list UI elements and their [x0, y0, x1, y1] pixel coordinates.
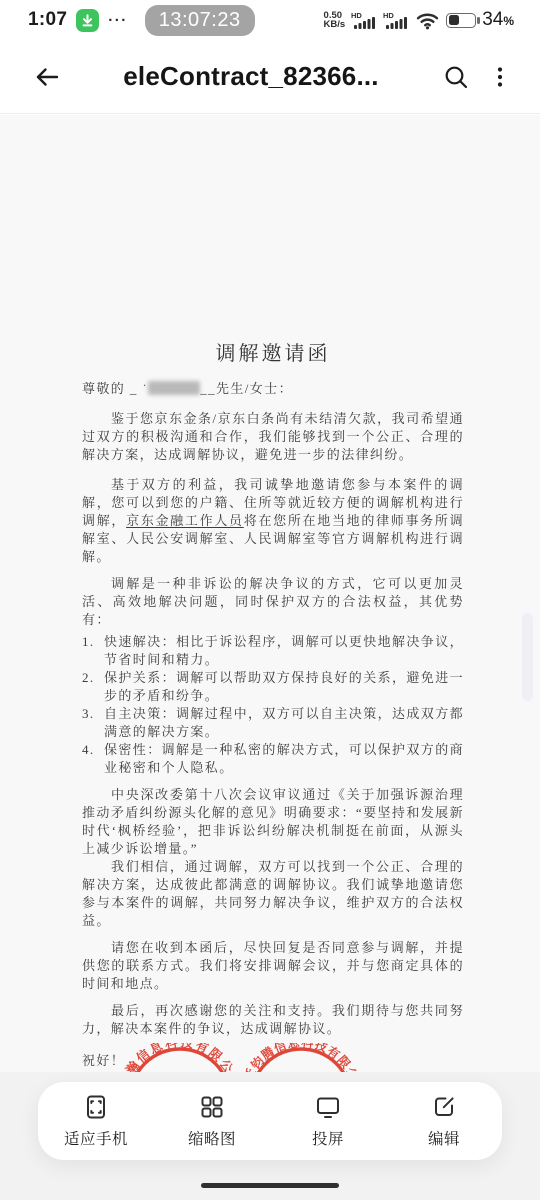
paragraph: 请您在收到本函后，尽快回复是否同意参与调解，并提供您的联系方式。我们将安排调解会…: [82, 939, 464, 993]
paragraph: 基于双方的利益，我司诚挚地邀请您参与本案件的调解，您可以到您的户籍、住所等就近较…: [82, 476, 464, 566]
sim2-signal-icon: HD: [383, 10, 409, 30]
list-item: 4.保密性：调解是一种私密的解决方式，可以保护双方的商业秘密和个人隐私。: [82, 741, 464, 777]
fit-phone-label: 适应手机: [64, 1127, 128, 1149]
sim1-signal-icon: HD: [351, 10, 377, 30]
pdf-viewer[interactable]: 调解邀请函 尊敬的 _ ˙__先生/女士： 鉴于您京东金条/京东白条尚有未结清欠…: [0, 115, 540, 1200]
back-button[interactable]: [24, 55, 68, 99]
download-icon: [76, 9, 99, 32]
advantage-list: 1.快速解决：相比于诉讼程序，调解可以更快地解决争议，节省时间和精力。 2.保护…: [82, 633, 464, 777]
svg-text:HD: HD: [383, 11, 394, 20]
list-item: 2.保护关系：调解可以帮助双方保持良好的关系，避免进一步的矛盾和纷争。: [82, 669, 464, 705]
document-title-bar: eleContract_82366...: [68, 61, 434, 92]
edit-pencil-icon: [430, 1093, 458, 1121]
cast-screen-icon: [314, 1093, 342, 1121]
underlined-text: 京东金融工作人员: [126, 513, 244, 528]
search-icon[interactable]: [434, 55, 478, 99]
fit-phone-button[interactable]: 适应手机: [38, 1093, 154, 1149]
thumbnails-label: 缩略图: [188, 1127, 236, 1149]
screen-recorder-timer[interactable]: 13:07:23: [145, 5, 255, 36]
edit-button[interactable]: 编辑: [386, 1093, 502, 1149]
letter-title: 调解邀请函: [82, 345, 464, 363]
list-item: 3.自主决策：调解过程中，双方可以自主决策，达成双方都满意的解决方案。: [82, 705, 464, 741]
overflow-menu-icon[interactable]: [478, 55, 522, 99]
home-indicator[interactable]: [201, 1183, 339, 1188]
phone-screen: 1:07 ··· 13:07:23 0.50 KB/s HD: [0, 0, 540, 1200]
paragraph: 调解是一种非诉讼的解决争议的方式，它可以更加灵活、高效地解决问题，同时保护双方的…: [82, 575, 464, 629]
fit-phone-icon: [82, 1093, 110, 1121]
bottom-toolbar: 适应手机 缩略图 投屏: [38, 1082, 502, 1160]
battery-icon: [446, 13, 476, 28]
scrollbar-thumb[interactable]: [522, 613, 533, 701]
svg-text:HD: HD: [351, 11, 362, 20]
thumbnails-button[interactable]: 缩略图: [154, 1093, 270, 1149]
clock-time: 1:07: [28, 9, 67, 31]
thumbnails-grid-icon: [198, 1093, 226, 1121]
salutation-line: 尊敬的 _ ˙__先生/女士：: [82, 380, 464, 398]
network-speed: 0.50 KB/s: [324, 11, 346, 30]
app-header: eleContract_82366...: [0, 40, 540, 114]
wifi-icon: [415, 11, 440, 30]
status-bar: 1:07 ··· 13:07:23 0.50 KB/s HD: [0, 0, 540, 40]
more-dots-icon: ···: [108, 12, 128, 29]
paragraph: 我们相信，通过调解，双方可以找到一个公正、合理的解决方案，达成彼此都满意的调解协…: [82, 858, 464, 930]
closing-wish: 祝好！: [82, 1052, 125, 1070]
list-item: 1.快速解决：相比于诉讼程序，调解可以更快地解决争议，节省时间和精力。: [82, 633, 464, 669]
paragraph: 中央深改委第十八次会议审议通过《关于加强诉源治理推动矛盾纠纷源头化解的意见》明确…: [82, 786, 464, 858]
edit-label: 编辑: [428, 1127, 460, 1149]
cast-button[interactable]: 投屏: [270, 1093, 386, 1149]
battery-percent: 34%: [482, 9, 514, 31]
redacted-name: [148, 381, 200, 395]
cast-label: 投屏: [312, 1127, 344, 1149]
paragraph: 鉴于您京东金条/京东白条尚有未结清欠款，我司希望通过双方的积极沟通和合作，我们能…: [82, 410, 464, 464]
paragraph: 最后，再次感谢您的关注和支持。我们期待与您共同努力，解决本案件的争议，达成调解协…: [82, 1002, 464, 1038]
